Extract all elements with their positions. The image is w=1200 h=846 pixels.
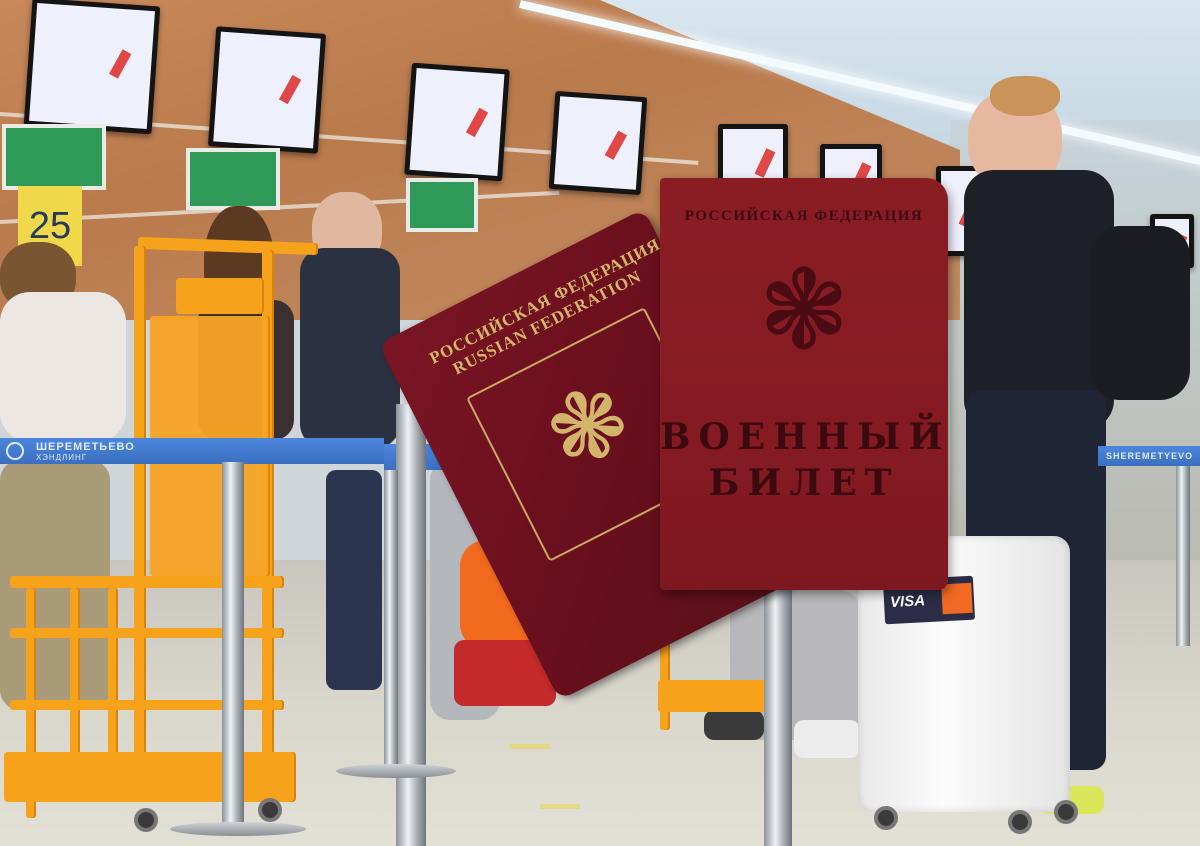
barrier-belt-right: SHEREMETYEVO [1098,446,1200,466]
suitcase-wheel [874,806,898,830]
visa-logo: VISA [884,591,939,611]
barrier-post-base [170,822,306,836]
barrier-post-base [336,764,456,778]
green-sign [2,124,106,190]
floor-marking [540,804,580,809]
orange-card-logo [941,583,973,615]
floor-marking [510,744,550,749]
belt-brand-text: ШЕРЕМЕТЬЕВО [36,441,135,453]
barrier-post [1176,466,1190,646]
green-sign [186,148,280,210]
barrier-post [384,470,398,770]
info-screen [549,91,648,195]
info-screen [404,63,510,182]
info-screen [24,0,161,134]
barrier-post [222,462,244,830]
military-id-title-line1: ВОЕННЫЙ [660,414,948,460]
suitcase-wheel [1054,800,1078,824]
barrier-belt-left: ШЕРЕМЕТЬЕВОХЭНДЛИНГ [0,438,384,464]
sheremetyevo-logo-icon [6,442,24,460]
military-id-title-line2: БИЛЕТ [660,460,948,506]
info-screen [208,26,326,153]
barrier-post [764,590,792,846]
trolley-wheel [258,798,282,822]
barrier-post [396,404,426,846]
trolley-wheel [134,808,158,832]
belt-right-text: SHEREMETYEVO [1106,451,1193,461]
green-sign [406,178,478,232]
suitcase-wheel [1008,810,1032,834]
military-id-title: ВОЕННЫЙ БИЛЕТ [660,414,948,506]
double-headed-eagle-icon: ❃ [732,246,876,376]
military-id-booklet: РОССИЙСКАЯ ФЕДЕРАЦИЯ ❃ ВОЕННЫЙ БИЛЕТ [660,178,948,590]
belt-sub-text: ХЭНДЛИНГ [36,453,135,462]
military-id-country-text: РОССИЙСКАЯ ФЕДЕРАЦИЯ [660,208,948,225]
photo-scene: 25 [0,0,1200,846]
